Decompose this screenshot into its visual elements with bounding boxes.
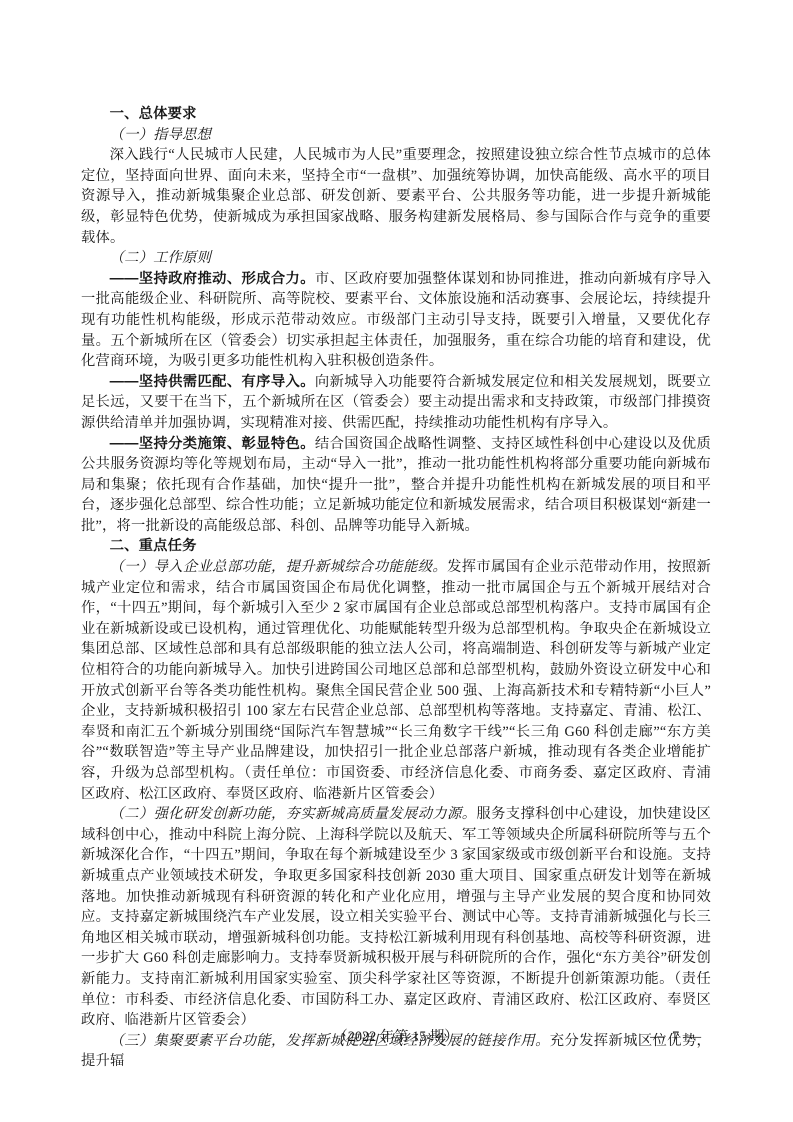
paragraph-principle-1: ——坚持政府推动、形成合力。市、区政府要加强整体谋划和协同推进，推动向新城有序导… [81,269,711,372]
subsection-heading-guiding-ideology: （一）指导思想 [81,125,711,146]
paragraph-task-1: （一）导入企业总部功能，提升新城综合功能能级。发挥市属国有企业示范带动作用，按照… [81,557,711,804]
paragraph-lead: ——坚持供需匹配、有序导入。 [110,374,315,390]
paragraph-principle-3: ——坚持分类施策、彰显特色。结合国资国企战略性调整、支持区域性科创中心建设以及优… [81,434,711,537]
paragraph-lead: ——坚持分类施策、彰显特色。 [110,436,315,452]
paragraph-lead: （一）导入企业总部功能，提升新城综合功能能级。 [110,559,447,575]
section-heading-1: 一、总体要求 [81,104,711,125]
paragraph-text: 发挥市属国有企业示范带动作用，按照新城产业定位和需求，结合市属国资国企布局优化调… [81,559,711,802]
paragraph-lead: ——坚持政府推动、形成合力。 [110,271,315,287]
document-body: 一、总体要求 （一）指导思想 深入践行“人民城市人民建，人民城市为人民”重要理念… [81,104,711,1072]
paragraph-text: 服务支撑科创中心建设，加快建设区域科创中心，推动中科院上海分院、上海科学院以及航… [81,806,711,1028]
paragraph-guiding-ideology: 深入践行“人民城市人民建，人民城市为人民”重要理念，按照建设独立综合性节点城市的… [81,145,711,248]
footer-issue-label: （2022 年第 15 期） [81,1026,711,1048]
document-page: 一、总体要求 （一）指导思想 深入践行“人民城市人民建，人民城市为人民”重要理念… [0,0,793,1122]
footer-page-number: — 7 — [650,1026,703,1048]
paragraph-principle-2: ——坚持供需匹配、有序导入。向新城导入功能要符合新城发展定位和相关发展规划，既要… [81,372,711,434]
section-heading-2: 二、重点任务 [81,536,711,557]
paragraph-task-2: （二）强化研发创新功能，夯实新城高质量发展动力源。服务支撑科创中心建设，加快建设… [81,804,711,1031]
paragraph-lead: （二）强化研发创新功能，夯实新城高质量发展动力源。 [110,806,477,822]
page-footer: （2022 年第 15 期） — 7 — [81,1026,711,1048]
subsection-heading-work-principles: （二）工作原则 [81,248,711,269]
